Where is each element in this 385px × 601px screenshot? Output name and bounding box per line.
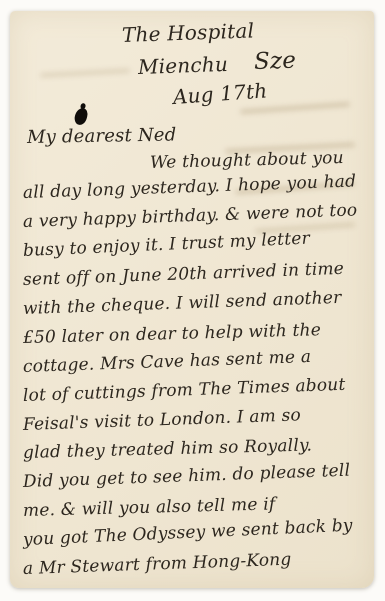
letter-scan: The Hospital Mienchu Sze Aug 17th My dea… xyxy=(0,0,385,601)
letter-paper: The Hospital Mienchu Sze Aug 17th My dea… xyxy=(10,11,374,588)
letter-line: a Mr Stewart from Hong-Kong xyxy=(23,550,292,579)
letter-line: Did you get to see him. do please tell xyxy=(23,461,351,492)
letter-line: glad they treated him so Royally. xyxy=(23,435,313,463)
letter-line: you got The Odyssey we sent back by xyxy=(23,516,354,550)
letter-salutation: My dearest Ned xyxy=(27,124,177,148)
bleed-through-mark xyxy=(40,69,130,78)
ink-blot xyxy=(73,107,89,126)
letter-line: sent off on June 20th arrived in time xyxy=(23,259,345,290)
letter-line: busy to enjoy it. I trust my letter xyxy=(23,228,311,261)
letter-heading-place: Mienchu xyxy=(138,52,229,79)
letter-line: all day long yesterday. I hope you had xyxy=(23,171,357,203)
letter-heading-region: Sze xyxy=(254,48,297,75)
letter-heading-date: Aug 17th xyxy=(172,78,268,109)
letter-heading-address: The Hospital xyxy=(122,18,255,47)
letter-line: with the cheque. I will send another xyxy=(23,288,342,319)
letter-line: Feisal's visit to London. I am so xyxy=(23,405,302,435)
letter-line: cottage. Mrs Cave has sent me a xyxy=(23,347,312,377)
letter-opening-line: We thought about you xyxy=(150,148,344,173)
letter-line: lot of cuttings from The Times about xyxy=(23,375,346,406)
letter-line: me. & will you also tell me if xyxy=(23,494,276,521)
bleed-through-mark xyxy=(240,102,350,114)
letter-line: £50 later on dear to help with the xyxy=(23,320,321,348)
